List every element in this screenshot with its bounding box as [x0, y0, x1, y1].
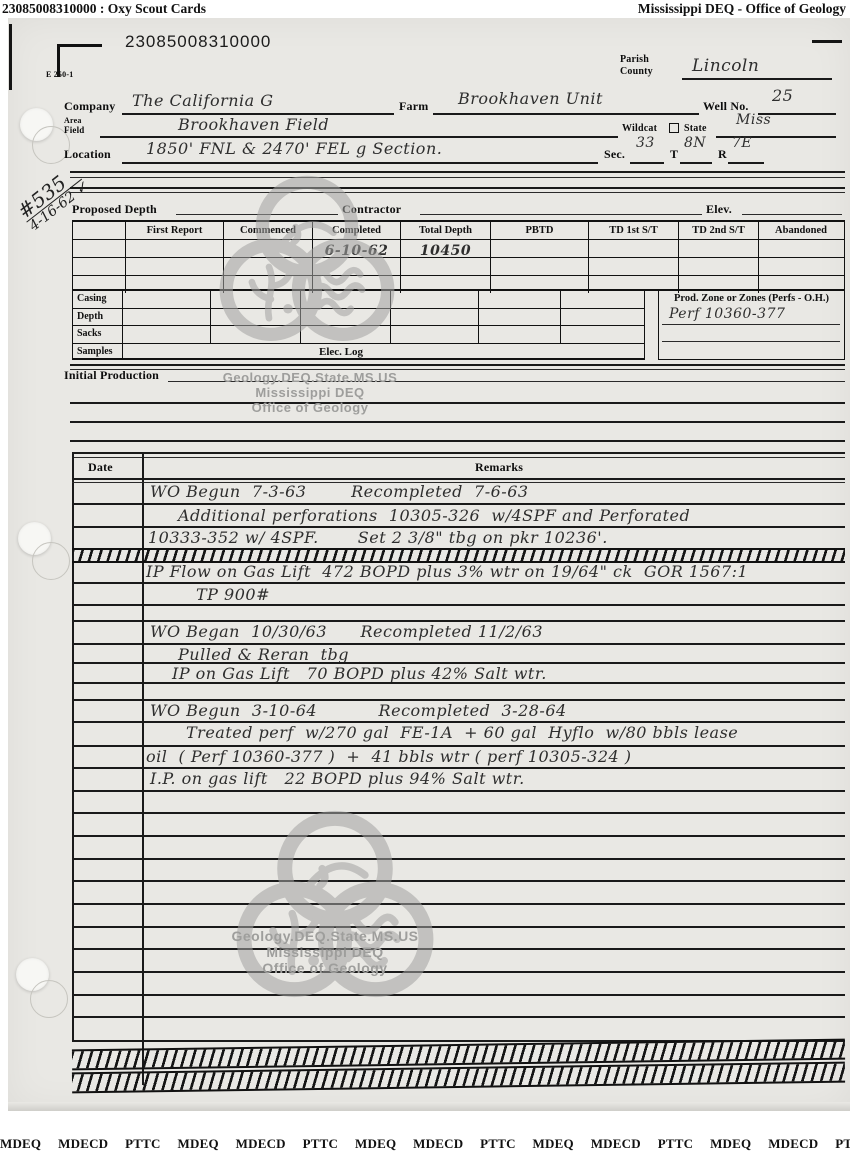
punch-hole-ghost	[30, 980, 68, 1018]
remark-line: Treated perf w/270 gal FE-1A + 60 gal Hy…	[186, 723, 738, 742]
state-value: Miss	[736, 112, 771, 128]
scan-edge-artifact	[9, 24, 12, 90]
sec-value: 33	[636, 135, 655, 151]
completion-header: TD 1st S/T	[589, 222, 679, 239]
remarks-header: Remarks	[475, 460, 523, 475]
watermark-office-text: Office of Geology	[210, 400, 410, 415]
prod-zone-header: Prod. Zone or Zones (Perfs - O.H.)	[659, 291, 844, 304]
punch-hole-ghost	[32, 542, 70, 580]
remark-line: WO Began 10/30/63 Recompleted 11/2/63	[150, 622, 543, 641]
watermark-url-text: Geology.DEQ.State.MS.US	[225, 928, 425, 944]
location-label: Location	[64, 147, 111, 162]
completion-header	[73, 222, 126, 239]
completion-header: First Report	[126, 222, 224, 239]
range-value: 7E	[732, 135, 752, 151]
remark-line: I.P. on gas lift 22 BOPD plus 94% Salt w…	[150, 769, 525, 788]
remark-line: 10333-352 w/ 4SPF. Set 2 3/8" tbg on pkr…	[148, 528, 608, 547]
elev-label: Elev.	[706, 202, 732, 217]
state-label: State	[684, 123, 707, 134]
remarks-date-header: Date	[88, 460, 113, 475]
watermark-url-text: Geology.DEQ.State.MS.US	[210, 370, 410, 385]
sec-label: Sec.	[604, 147, 625, 162]
county-label: County	[620, 66, 653, 77]
remark-line: Additional perforations 10305-326 w/4SPF…	[178, 506, 690, 525]
field-value: Brookhaven Field	[178, 115, 329, 134]
completion-header: TD 2nd S/T	[679, 222, 759, 239]
wildcat-checkbox	[669, 123, 679, 133]
watermark-agency-text: Mississippi DEQ	[210, 385, 410, 400]
scout-card-viewer: 23085008310000 : Oxy Scout Cards Mississ…	[0, 0, 850, 1156]
remark-line: TP 900#	[196, 585, 270, 604]
sacks-row-label: Sacks	[73, 326, 123, 343]
remark-line: IP on Gas Lift 70 BOPD plus 42% Salt wtr…	[172, 664, 547, 683]
viewer-header: 23085008310000 : Oxy Scout Cards Mississ…	[0, 0, 850, 17]
completion-header: Abandoned	[759, 222, 843, 239]
samples-row-label: Samples	[73, 344, 123, 360]
field-label: Field	[64, 125, 85, 135]
parish-county-value: Lincoln	[692, 56, 759, 76]
remark-line: WO Begun 3-10-64 Recompleted 3-28-64	[150, 701, 567, 720]
hatch-band	[72, 548, 845, 563]
wildcat-label: Wildcat	[622, 123, 657, 134]
form-code: E 250-1	[46, 70, 73, 79]
farm-value: Brookhaven Unit	[458, 89, 603, 108]
completion-header-row: First Report Commenced Completed Total D…	[73, 222, 844, 240]
company-value: The California G	[132, 91, 274, 110]
area-label: Area	[64, 116, 82, 125]
location-value: 1850' FNL & 2470' FEL g Section.	[146, 139, 442, 158]
company-label: Company	[64, 99, 115, 114]
card-number: 23085008310000	[125, 32, 271, 52]
township-label: T	[670, 147, 678, 162]
prod-zone-value: Perf 10360-377	[669, 306, 785, 322]
total-depth-value: 10450	[420, 243, 471, 257]
watermark-agency-text: Mississippi DEQ	[225, 944, 425, 960]
watermark-office-text: Office of Geology	[225, 960, 425, 976]
prod-zone-box: Prod. Zone or Zones (Perfs - O.H.) Perf …	[658, 290, 845, 360]
well-no-value: 25	[772, 86, 793, 105]
completion-table: First Report Commenced Completed Total D…	[72, 220, 845, 291]
viewer-header-right: Mississippi DEQ - Office of Geology	[638, 1, 846, 17]
remark-line: oil ( Perf 10360-377 ) + 41 bbls wtr ( p…	[146, 747, 632, 766]
completion-data-row	[73, 258, 844, 276]
township-value: 8N	[684, 135, 706, 151]
initial-production-label: Initial Production	[64, 368, 159, 383]
completion-data-row: 6-10-62 10450	[73, 240, 844, 258]
casing-row-label: Casing	[73, 291, 123, 308]
viewer-header-left: 23085008310000 : Oxy Scout Cards	[2, 1, 206, 17]
scan-edge-artifact	[812, 40, 842, 43]
parish-label: Parish	[620, 54, 649, 65]
msdeq-logo-watermark	[212, 168, 402, 363]
remark-line: WO Begun 7-3-63 Recompleted 7-6-63	[150, 482, 529, 501]
remark-line: IP Flow on Gas Lift 472 BOPD plus 3% wtr…	[146, 562, 748, 581]
completion-header: PBTD	[491, 222, 589, 239]
depth-row-label: Depth	[73, 309, 123, 325]
msdeq-logo-watermark	[228, 802, 442, 1022]
viewer-footer: MDEQ MDECD PTTC MDEQ MDECD PTTC MDEQ MDE…	[0, 1136, 850, 1156]
scan-page-bottom-edge	[8, 1102, 850, 1111]
range-label: R	[718, 147, 727, 162]
completion-header: Total Depth	[401, 222, 491, 239]
proposed-depth-label: Proposed Depth	[72, 202, 157, 217]
farm-label: Farm	[399, 99, 428, 114]
